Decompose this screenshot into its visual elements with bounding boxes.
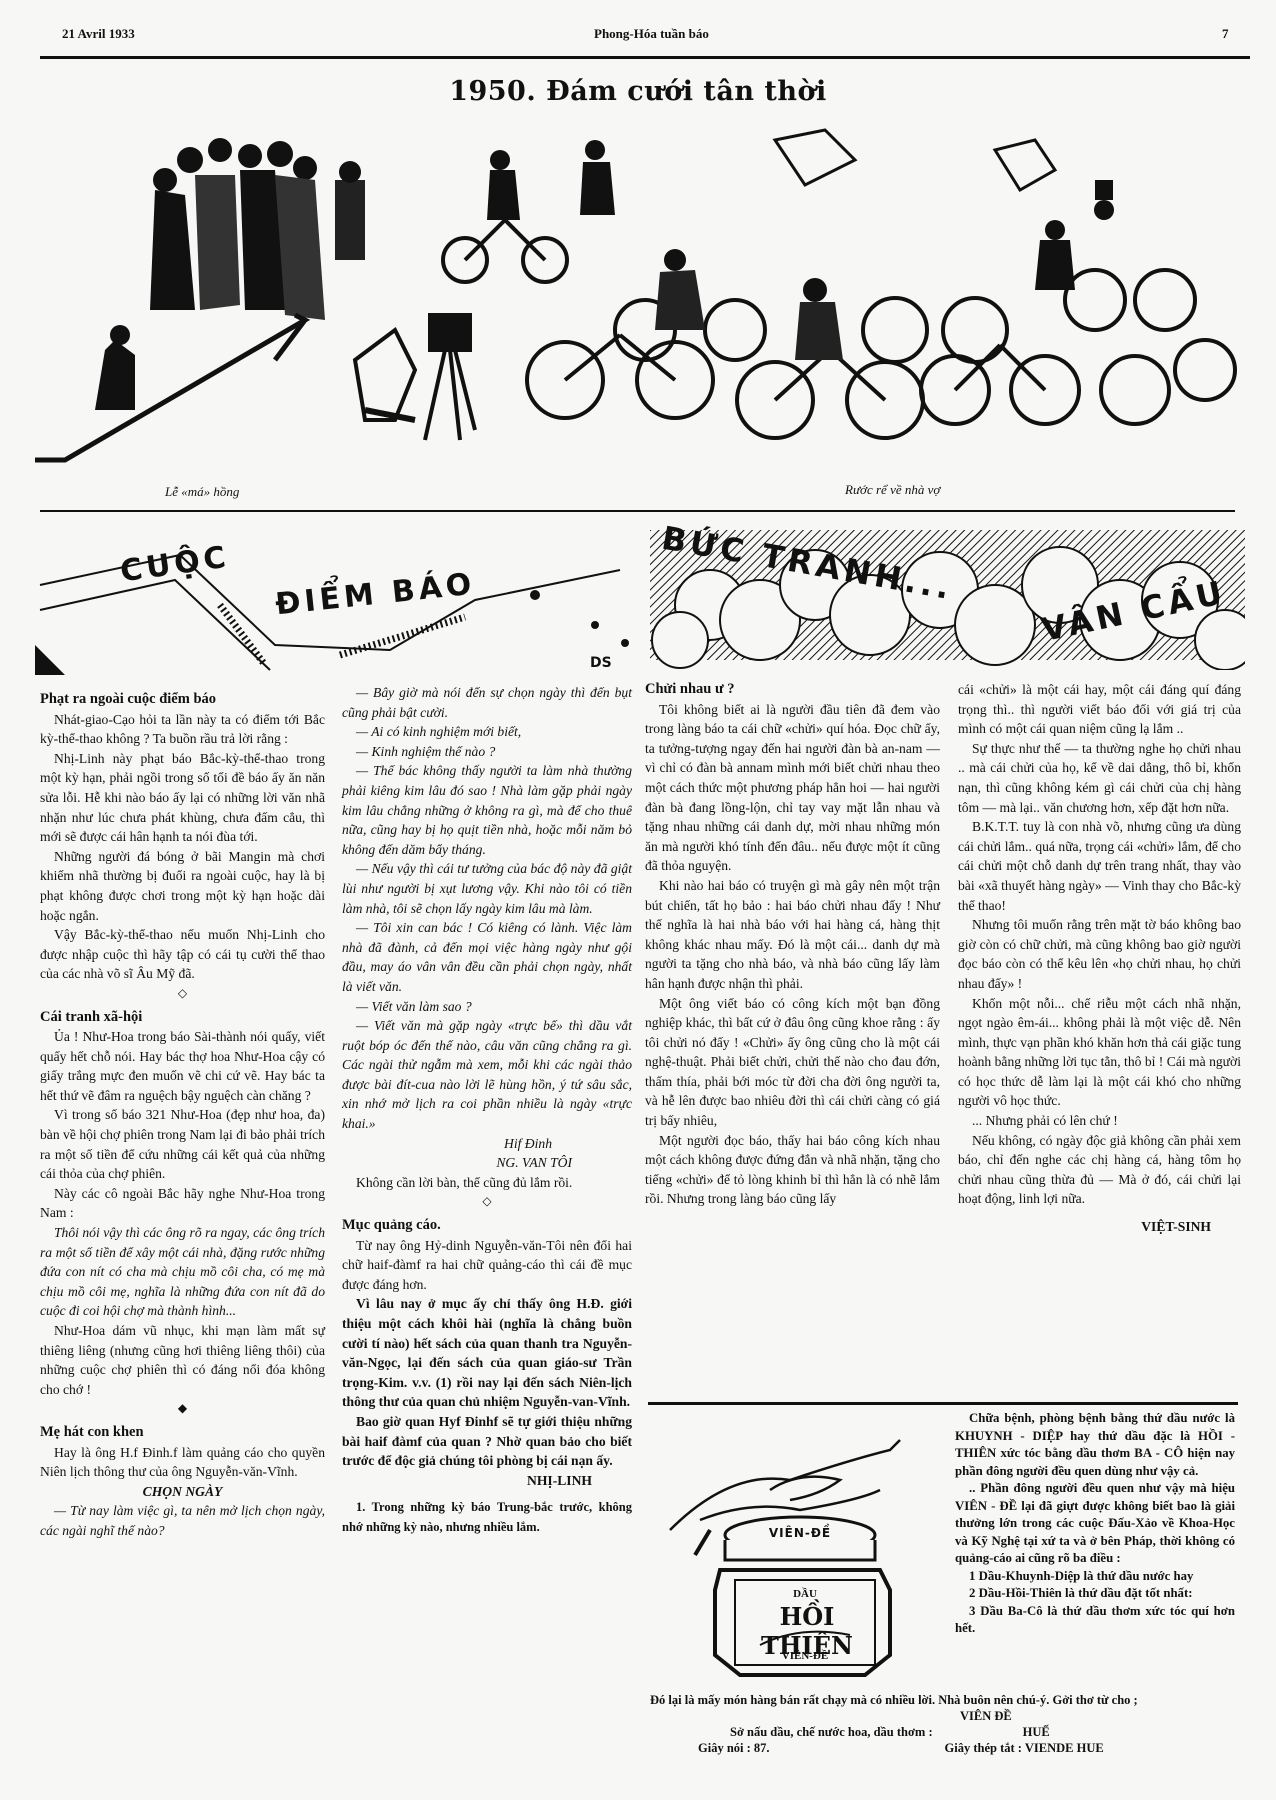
paragraph: Từ nay ông Hỷ-dinh Nguyễn-văn-Tôi nên đổ…: [342, 1236, 632, 1295]
ad-telegram: Giây thép tắt : VIENDE HUE: [945, 1740, 1104, 1756]
ad-paragraph: Chữa bệnh, phòng bệnh bằng thứ dầu nước …: [955, 1410, 1235, 1480]
heading-chui-nhau: Chửi nhau ư ?: [645, 680, 940, 700]
ad-city: HUẾ: [1023, 1724, 1050, 1740]
ad-footer-line: Đó lại là mấy món hàng bán rất chạy mà c…: [650, 1692, 1240, 1708]
paragraph: Nếu không, có ngày độc giả không cần phả…: [958, 1131, 1241, 1209]
paragraph: Sự thực như thế — ta thường nghe họ chửi…: [958, 739, 1241, 817]
diamond-separator-icon: ◇: [40, 984, 325, 1004]
ad-list-item: 3 Dầu Ba-Cô là thứ dầu thơm xức tóc quí …: [955, 1603, 1235, 1638]
diamond-separator-icon: ◇: [342, 1192, 632, 1212]
paragraph: cái «chửi» là một cái hay, một cái đáng …: [958, 680, 1241, 739]
paragraph: Khi nào hai báo có truyện gì mà gây nên …: [645, 876, 940, 994]
paragraph: Vậy Bắc-kỳ-thể-thao nếu muốn Nhị-Linh ch…: [40, 925, 325, 984]
header-date: 21 Avril 1933: [62, 26, 135, 42]
bicycles-icon: [443, 220, 1235, 438]
heading-muc-quang-cao: Mục quảng cáo.: [342, 1216, 632, 1236]
dialogue-line: — Từ nay làm việc gì, ta nên mở lịch chọ…: [40, 1501, 325, 1540]
dialogue-line: — Tôi xin can bác ! Có kiêng có lành. Vi…: [342, 918, 632, 996]
dialogue-line: — Thế bác không thấy người ta làm nhà th…: [342, 761, 632, 859]
signature-hif-dinh: Hif Đinh: [342, 1134, 632, 1154]
ad-business: Sở nấu dầu, chế nước hoa, dầu thơm :: [730, 1724, 933, 1740]
wedding-cartoon-illustration: [35, 120, 1245, 480]
dialogue-line: — Bây giờ mà nói đến sự chọn ngày thì đế…: [342, 683, 632, 722]
caption-right: Rước rể về nhà vợ: [845, 482, 940, 498]
ad-text: Chữa bệnh, phòng bệnh bằng thứ dầu nước …: [955, 1410, 1235, 1638]
dialogue-line: — Viết văn làm sao ?: [342, 997, 632, 1017]
paragraph: Vì lâu nay ở mục ấy chỉ thấy ông H.Đ. gi…: [342, 1294, 632, 1412]
signature-viet-sinh: VIỆT-SINH: [958, 1217, 1241, 1237]
signature-nhi-linh: NHỊ-LINH: [342, 1471, 632, 1491]
heading-me-hat: Mẹ hát con khen: [40, 1423, 325, 1443]
riders-icon: [487, 130, 1114, 360]
column-4: cái «chửi» là một cái hay, một cái đáng …: [958, 680, 1241, 1237]
header-paper-name: Phong-Hóa tuần báo: [594, 26, 709, 42]
ad-top-rule: [648, 1402, 1238, 1405]
paragraph: B.K.T.T. tuy là con nhà võ, nhưng cũng ư…: [958, 817, 1241, 915]
women-group-icon: [150, 138, 365, 320]
paragraph: Những người đá bóng ở bãi Mangin mà chơi…: [40, 847, 325, 925]
column-1: Phạt ra ngoài cuộc điểm báo Nhát-giao-Cạ…: [40, 690, 325, 1541]
dialogue-line: — Nếu vậy thì cái tư tưởng của bác độ nà…: [342, 859, 632, 918]
caption-left: Lễ «má» hồng: [165, 484, 239, 500]
paragraph: Bao giờ quan Hyf Đinhf sẽ tự giới thiệu …: [342, 1412, 632, 1471]
banner-left-signature: DS: [590, 655, 612, 671]
column-2: — Bây giờ mà nói đến sự chọn ngày thì đế…: [342, 683, 632, 1538]
comment: Không cần lời bàn, thế cũng đủ lắm rồi.: [342, 1173, 632, 1193]
cartoon-title: 1950. Đám cưới tân thời: [0, 76, 1276, 107]
quote: Thôi nói vậy thì các ông rõ ra ngay, các…: [40, 1223, 325, 1321]
ad-company: VIÊN ĐỀ: [960, 1708, 1240, 1724]
subheading-chon-ngay: CHỌN NGÀY: [40, 1482, 325, 1502]
footnote: 1. Trong những kỳ báo Trung-bắc trước, k…: [342, 1498, 632, 1537]
paragraph: Một người đọc báo, thấy hai báo công kíc…: [645, 1131, 940, 1209]
signature-ng-van-toi: NG. VAN TÔI: [342, 1153, 632, 1173]
paragraph: Này các cô ngoài Bắc hãy nghe Như-Hoa tr…: [40, 1184, 325, 1223]
header-rule: [40, 56, 1250, 59]
jar-label-small: DẦU: [780, 1588, 830, 1600]
dialogue-line: — Viết văn mà gặp ngày «trực bế» thì dầu…: [342, 1016, 632, 1134]
banner-buc-tranh-van-cau: BỨC TRANH... VÂN CẨU: [650, 530, 1245, 670]
paragraph: Vì trong số báo 321 Như-Hoa (đẹp như hoa…: [40, 1105, 325, 1183]
paragraph: Nhưng tôi muốn rằng trên mặt tờ báo khôn…: [958, 915, 1241, 993]
heading-phat-ra: Phạt ra ngoài cuộc điểm báo: [40, 690, 325, 710]
paragraph: Nhị-Linh này phạt báo Bắc-kỳ-thể-thao tr…: [40, 749, 325, 847]
paragraph: Hay là ông H.f Đinh.f làm quảng cáo cho …: [40, 1443, 325, 1482]
dialogue-line: — Kinh nghiệm thế nào ?: [342, 742, 632, 762]
paragraph: Tôi không biết ai là người đầu tiên đã đ…: [645, 700, 940, 876]
ad-phone: Giây nói : 87.: [698, 1740, 770, 1756]
dialogue-line: — Ai có kinh nghiệm mới biết,: [342, 722, 632, 742]
paragraph: Ủa ! Như-Hoa trong báo Sài-thành nói quấ…: [40, 1027, 325, 1105]
camera-tripod-icon: [355, 315, 475, 440]
heading-cai-tranh: Cái tranh xã-hội: [40, 1008, 325, 1028]
hoi-thien-jar-illustration: VIÊN-ĐỀ DẦU HỒI THIÊN VIÊN-ĐỀ: [650, 1430, 940, 1680]
paragraph: Như-Hoa dám vũ nhục, khi mạn làm mất sự …: [40, 1321, 325, 1399]
section-rule: [40, 510, 1235, 512]
paragraph: ... Nhưng phải có lên chứ !: [958, 1111, 1241, 1131]
ad-list-item: 2 Dầu-Hồi-Thiên là thứ dầu đặt tốt nhất:: [955, 1585, 1235, 1603]
column-3: Chửi nhau ư ? Tôi không biết ai là người…: [645, 680, 940, 1209]
banner-cuoc-diem-bao: CUỘC ĐIỂM BÁO DS: [35, 525, 630, 675]
paragraph: Một ông viết báo có công kích một bạn đồ…: [645, 994, 940, 1131]
paragraph: Khốn một nỗi... chế riễu một cách nhã nh…: [958, 994, 1241, 1112]
paragraph: Nhát-giao-Cạo hỏi ta lần này ta có điểm …: [40, 710, 325, 749]
jar-bottom-label: VIÊN-ĐỀ: [765, 1650, 845, 1662]
header-page-number: 7: [1222, 26, 1229, 42]
jar-lid-label: VIÊN-ĐỀ: [755, 1526, 845, 1540]
ad-paragraph: .. Phần đông người đều quen như vậy mà h…: [955, 1480, 1235, 1568]
ad-footer: Đó lại là mấy món hàng bán rất chạy mà c…: [650, 1692, 1240, 1756]
ad-list-item: 1 Dầu-Khuynh-Diệp là thứ dầu nước hay: [955, 1568, 1235, 1586]
diamond-separator-icon: ◆: [40, 1399, 325, 1419]
